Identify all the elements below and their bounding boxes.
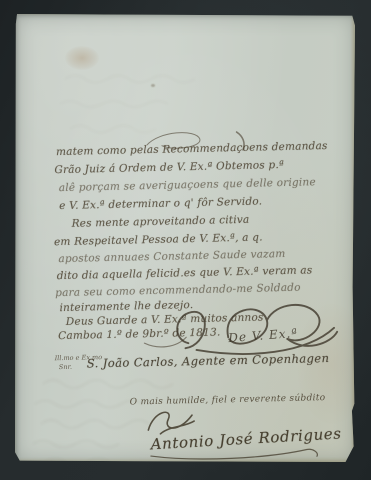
signature-underline-swash [147,446,322,464]
closing-flourish [165,294,344,360]
letter-paper-sheet: matem como pelas Recommendaçoens demanda… [15,14,355,462]
handwritten-letter-body: matem como pelas Recommendaçoens demanda… [9,9,359,465]
scanned-document-photo: matem como pelas Recommendaçoens demanda… [0,0,371,480]
addressee-honorific-bottom: Snr. [59,363,72,372]
